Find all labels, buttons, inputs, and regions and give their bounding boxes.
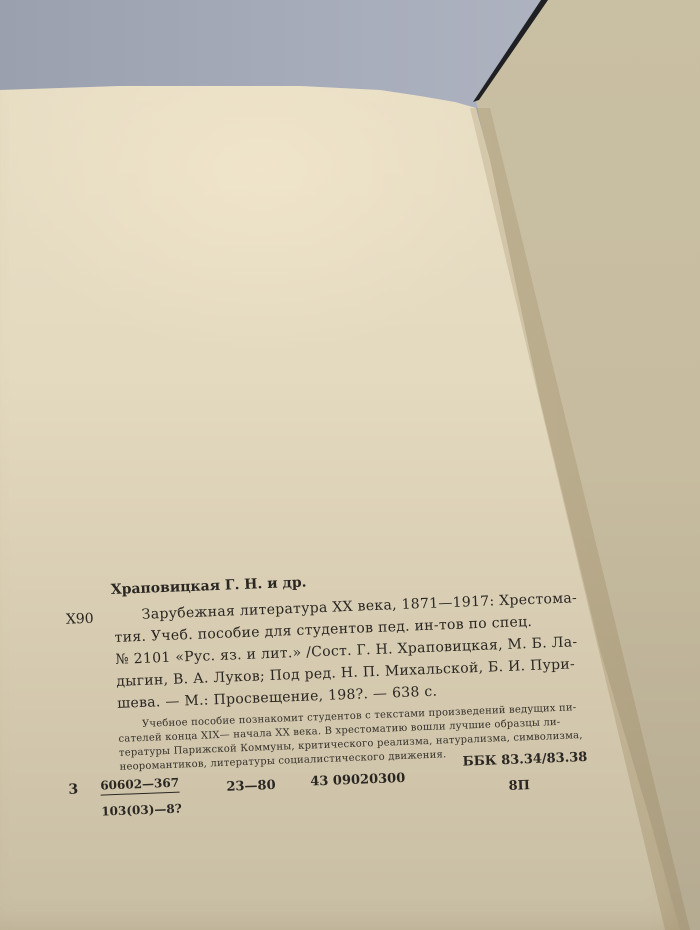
fraction-numerator: 60602—367 xyxy=(100,776,179,796)
index-number: 3 xyxy=(68,781,78,797)
class-code: Х90 xyxy=(66,611,94,628)
plan-number: 23—80 xyxy=(226,778,276,795)
author-heading: Храповицкая Г. Н. и др. xyxy=(111,575,307,599)
catalog-card: Храповицкая Г. Н. и др. Х90 Зарубежная л… xyxy=(60,547,670,830)
bbk-code: ББК 83.34/83.38 xyxy=(462,750,587,770)
subject-code: 8П xyxy=(508,778,530,794)
isbn-code: 43 09020300 xyxy=(310,771,405,790)
fraction-denominator: 103(03)—8? xyxy=(101,802,182,819)
